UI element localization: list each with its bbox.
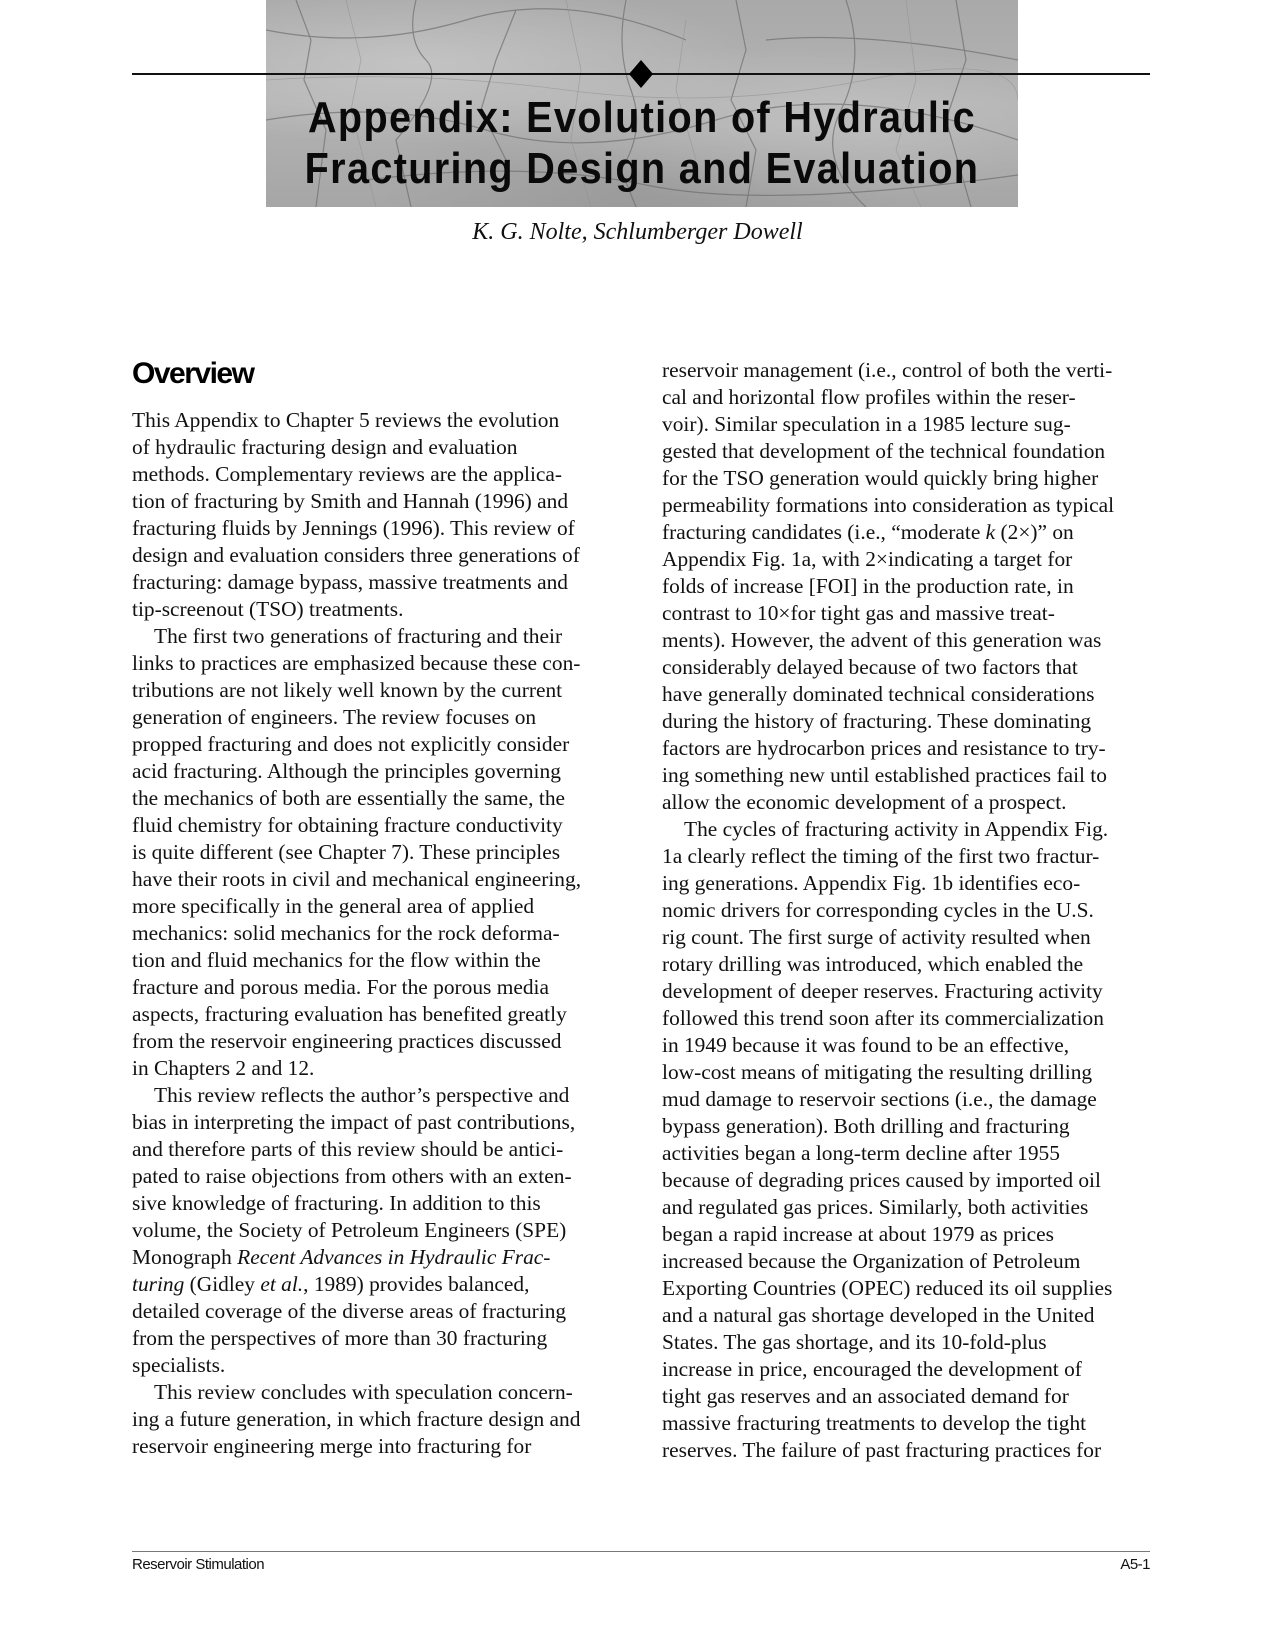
- text-line: during the history of fracturing. These …: [662, 708, 1152, 735]
- text-run: allow the economic development of a pros…: [662, 790, 1067, 814]
- text-line: rotary drilling was introduced, which en…: [662, 951, 1152, 978]
- text-line: fracturing candidates (i.e., “moderate k…: [662, 519, 1152, 546]
- text-run: pated to raise objections from others wi…: [132, 1164, 572, 1188]
- text-line: ing generations. Appendix Fig. 1b identi…: [662, 870, 1152, 897]
- text-line: from the reservoir engineering practices…: [132, 1028, 612, 1055]
- text-line: 1a clearly reflect the timing of the fir…: [662, 843, 1152, 870]
- text-run: voir). Similar speculation in a 1985 lec…: [662, 412, 1071, 436]
- text-line: allow the economic development of a pros…: [662, 789, 1152, 816]
- text-run: during the history of fracturing. These …: [662, 709, 1091, 733]
- text-line: for the TSO generation would quickly bri…: [662, 465, 1152, 492]
- text-run: followed this trend soon after its comme…: [662, 1006, 1104, 1030]
- text-line: ing something new until established prac…: [662, 762, 1152, 789]
- text-run: tip-screenout (TSO) treatments.: [132, 597, 403, 621]
- text-run: , 1989) provides balanced,: [303, 1272, 529, 1296]
- text-line: tion of fracturing by Smith and Hannah (…: [132, 488, 612, 515]
- text-run: considerably delayed because of two fact…: [662, 655, 1078, 679]
- text-run: acid fracturing. Although the principles…: [132, 759, 561, 783]
- text-run: tion and fluid mechanics for the flow wi…: [132, 948, 541, 972]
- text-run: fracturing fluids by Jennings (1996). Th…: [132, 516, 575, 540]
- text-run: contrast to 10×for tight gas and massive…: [662, 601, 1055, 625]
- text-line: reservoir engineering merge into fractur…: [132, 1433, 612, 1460]
- text-line: Appendix Fig. 1a, with 2×indicating a ta…: [662, 546, 1152, 573]
- text-run: massive fracturing treatments to develop…: [662, 1411, 1086, 1435]
- text-run: (2×)” on: [995, 520, 1074, 544]
- italic-text: turing: [132, 1272, 184, 1296]
- text-run: mechanics: solid mechanics for the rock …: [132, 921, 560, 945]
- text-run: bias in interpreting the impact of past …: [132, 1110, 575, 1134]
- text-run: tion of fracturing by Smith and Hannah (…: [132, 489, 568, 513]
- text-line: turing (Gidley et al., 1989) provides ba…: [132, 1271, 612, 1298]
- text-line: of hydraulic fracturing design and evalu…: [132, 434, 612, 461]
- text-line: and regulated gas prices. Similarly, bot…: [662, 1194, 1152, 1221]
- italic-text: Recent Advances in Hydraulic Frac-: [237, 1245, 550, 1269]
- text-line: links to practices are emphasized becaus…: [132, 650, 612, 677]
- text-run: sive knowledge of fracturing. In additio…: [132, 1191, 541, 1215]
- text-run: from the perspectives of more than 30 fr…: [132, 1326, 547, 1350]
- title-line-1: Appendix: Evolution of Hydraulic: [304, 92, 981, 143]
- text-run: Exporting Countries (OPEC) reduced its o…: [662, 1276, 1112, 1300]
- text-line: bias in interpreting the impact of past …: [132, 1109, 612, 1136]
- author-byline: K. G. Nolte, Schlumberger Dowell: [0, 219, 1275, 246]
- text-run: permeability formations into considerati…: [662, 493, 1114, 517]
- text-line: fluid chemistry for obtaining fracture c…: [132, 812, 612, 839]
- text-run: the mechanics of both are essentially th…: [132, 786, 565, 810]
- text-run: generation of engineers. The review focu…: [132, 705, 536, 729]
- text-line: more specifically in the general area of…: [132, 893, 612, 920]
- text-run: This Appendix to Chapter 5 reviews the e…: [132, 408, 559, 432]
- text-line: sive knowledge of fracturing. In additio…: [132, 1190, 612, 1217]
- text-line: fracture and porous media. For the porou…: [132, 974, 612, 1001]
- text-line: have generally dominated technical consi…: [662, 681, 1152, 708]
- title-line-2: Fracturing Design and Evaluation: [304, 143, 981, 194]
- text-line: design and evaluation considers three ge…: [132, 542, 612, 569]
- section-heading-overview: Overview: [132, 357, 253, 391]
- text-run: fracturing candidates (i.e., “moderate: [662, 520, 986, 544]
- text-run: propped fracturing and does not explicit…: [132, 732, 569, 756]
- text-run: in 1949 because it was found to be an ef…: [662, 1033, 1069, 1057]
- text-line: States. The gas shortage, and its 10-fol…: [662, 1329, 1152, 1356]
- text-run: folds of increase [FOI] in the productio…: [662, 574, 1074, 598]
- text-line: mechanics: solid mechanics for the rock …: [132, 920, 612, 947]
- text-line: mud damage to reservoir sections (i.e., …: [662, 1086, 1152, 1113]
- text-line: rig count. The first surge of activity r…: [662, 924, 1152, 951]
- text-line: considerably delayed because of two fact…: [662, 654, 1152, 681]
- text-run: is quite different (see Chapter 7). Thes…: [132, 840, 560, 864]
- text-line: ments). However, the advent of this gene…: [662, 627, 1152, 654]
- text-run: ing a future generation, in which fractu…: [132, 1407, 580, 1431]
- text-line: gested that development of the technical…: [662, 438, 1152, 465]
- text-run: tributions are not likely well known by …: [132, 678, 562, 702]
- text-line: and therefore parts of this review shoul…: [132, 1136, 612, 1163]
- diamond-ornament-icon: [629, 60, 653, 88]
- text-line: bypass generation). Both drilling and fr…: [662, 1113, 1152, 1140]
- text-line: permeability formations into considerati…: [662, 492, 1152, 519]
- text-run: tight gas reserves and an associated dem…: [662, 1384, 1069, 1408]
- text-line: followed this trend soon after its comme…: [662, 1005, 1152, 1032]
- text-run: activities began a long-term decline aft…: [662, 1141, 1060, 1165]
- text-run: This review concludes with speculation c…: [154, 1380, 573, 1404]
- text-run: reserves. The failure of past fracturing…: [662, 1438, 1101, 1462]
- text-run: Monograph: [132, 1245, 237, 1269]
- text-run: volume, the Society of Petroleum Enginee…: [132, 1218, 566, 1242]
- text-run: links to practices are emphasized becaus…: [132, 651, 580, 675]
- text-run: specialists.: [132, 1353, 225, 1377]
- text-line: the mechanics of both are essentially th…: [132, 785, 612, 812]
- text-run: increase in price, encouraged the develo…: [662, 1357, 1082, 1381]
- text-line: cal and horizontal flow profiles within …: [662, 384, 1152, 411]
- text-line: detailed coverage of the diverse areas o…: [132, 1298, 612, 1325]
- text-line: from the perspectives of more than 30 fr…: [132, 1325, 612, 1352]
- text-line: This review concludes with speculation c…: [132, 1379, 612, 1406]
- text-line: contrast to 10×for tight gas and massive…: [662, 600, 1152, 627]
- text-run: aspects, fracturing evaluation has benef…: [132, 1002, 567, 1026]
- text-run: (Gidley: [184, 1272, 260, 1296]
- text-line: nomic drivers for corresponding cycles i…: [662, 897, 1152, 924]
- text-run: gested that development of the technical…: [662, 439, 1105, 463]
- text-run: reservoir engineering merge into fractur…: [132, 1434, 531, 1458]
- text-run: factors are hydrocarbon prices and resis…: [662, 736, 1106, 760]
- text-run: nomic drivers for corresponding cycles i…: [662, 898, 1094, 922]
- text-line: massive fracturing treatments to develop…: [662, 1410, 1152, 1437]
- text-run: began a rapid increase at about 1979 as …: [662, 1222, 1054, 1246]
- text-run: ing generations. Appendix Fig. 1b identi…: [662, 871, 1080, 895]
- text-run: The cycles of fracturing activity in App…: [684, 817, 1108, 841]
- text-line: in 1949 because it was found to be an ef…: [662, 1032, 1152, 1059]
- text-run: because of degrading prices caused by im…: [662, 1168, 1101, 1192]
- text-line: reservoir management (i.e., control of b…: [662, 357, 1152, 384]
- text-run: rotary drilling was introduced, which en…: [662, 952, 1083, 976]
- text-line: activities began a long-term decline aft…: [662, 1140, 1152, 1167]
- text-line: and a natural gas shortage developed in …: [662, 1302, 1152, 1329]
- text-line: methods. Complementary reviews are the a…: [132, 461, 612, 488]
- italic-text: k: [986, 520, 996, 544]
- page-title: Appendix: Evolution of Hydraulic Fractur…: [304, 92, 981, 194]
- text-line: tributions are not likely well known by …: [132, 677, 612, 704]
- text-run: rig count. The first surge of activity r…: [662, 925, 1091, 949]
- text-line: is quite different (see Chapter 7). Thes…: [132, 839, 612, 866]
- text-run: fracture and porous media. For the porou…: [132, 975, 549, 999]
- text-run: of hydraulic fracturing design and evalu…: [132, 435, 518, 459]
- text-line: Monograph Recent Advances in Hydraulic F…: [132, 1244, 612, 1271]
- text-line: volume, the Society of Petroleum Enginee…: [132, 1217, 612, 1244]
- text-run: and therefore parts of this review shoul…: [132, 1137, 563, 1161]
- text-line: tion and fluid mechanics for the flow wi…: [132, 947, 612, 974]
- text-run: and a natural gas shortage developed in …: [662, 1303, 1094, 1327]
- text-run: design and evaluation considers three ge…: [132, 543, 580, 567]
- text-line: increase in price, encouraged the develo…: [662, 1356, 1152, 1383]
- text-run: bypass generation). Both drilling and fr…: [662, 1114, 1070, 1138]
- text-run: and regulated gas prices. Similarly, bot…: [662, 1195, 1088, 1219]
- text-run: have generally dominated technical consi…: [662, 682, 1094, 706]
- footer-page-number: A5-1: [1120, 1556, 1150, 1573]
- text-line: tip-screenout (TSO) treatments.: [132, 596, 612, 623]
- text-run: ing something new until established prac…: [662, 763, 1107, 787]
- text-run: ments). However, the advent of this gene…: [662, 628, 1101, 652]
- text-line: in Chapters 2 and 12.: [132, 1055, 612, 1082]
- text-line: because of degrading prices caused by im…: [662, 1167, 1152, 1194]
- text-line: specialists.: [132, 1352, 612, 1379]
- right-column: reservoir management (i.e., control of b…: [662, 357, 1152, 1464]
- text-run: mud damage to reservoir sections (i.e., …: [662, 1087, 1097, 1111]
- text-run: methods. Complementary reviews are the a…: [132, 462, 562, 486]
- text-line: aspects, fracturing evaluation has benef…: [132, 1001, 612, 1028]
- text-run: detailed coverage of the diverse areas o…: [132, 1299, 566, 1323]
- text-line: reserves. The failure of past fracturing…: [662, 1437, 1152, 1464]
- text-run: The first two generations of fracturing …: [154, 624, 562, 648]
- text-line: have their roots in civil and mechanical…: [132, 866, 612, 893]
- left-column: This Appendix to Chapter 5 reviews the e…: [132, 407, 612, 1460]
- text-line: This review reflects the author’s perspe…: [132, 1082, 612, 1109]
- text-line: low-cost means of mitigating the resulti…: [662, 1059, 1152, 1086]
- text-line: propped fracturing and does not explicit…: [132, 731, 612, 758]
- text-run: Appendix Fig. 1a, with 2×indicating a ta…: [662, 547, 1072, 571]
- text-run: cal and horizontal flow profiles within …: [662, 385, 1076, 409]
- text-line: folds of increase [FOI] in the productio…: [662, 573, 1152, 600]
- text-run: fluid chemistry for obtaining fracture c…: [132, 813, 563, 837]
- text-run: increased because the Organization of Pe…: [662, 1249, 1080, 1273]
- text-run: development of deeper reserves. Fracturi…: [662, 979, 1103, 1003]
- text-run: States. The gas shortage, and its 10-fol…: [662, 1330, 1047, 1354]
- text-line: began a rapid increase at about 1979 as …: [662, 1221, 1152, 1248]
- text-line: ing a future generation, in which fractu…: [132, 1406, 612, 1433]
- text-run: in Chapters 2 and 12.: [132, 1056, 314, 1080]
- text-line: development of deeper reserves. Fracturi…: [662, 978, 1152, 1005]
- text-run: fracturing: damage bypass, massive treat…: [132, 570, 568, 594]
- text-run: low-cost means of mitigating the resulti…: [662, 1060, 1092, 1084]
- text-line: pated to raise objections from others wi…: [132, 1163, 612, 1190]
- text-line: fracturing: damage bypass, massive treat…: [132, 569, 612, 596]
- text-run: for the TSO generation would quickly bri…: [662, 466, 1098, 490]
- text-line: generation of engineers. The review focu…: [132, 704, 612, 731]
- text-run: have their roots in civil and mechanical…: [132, 867, 581, 891]
- footer-rule: [132, 1551, 1150, 1552]
- text-line: fracturing fluids by Jennings (1996). Th…: [132, 515, 612, 542]
- text-line: The cycles of fracturing activity in App…: [662, 816, 1152, 843]
- text-run: reservoir management (i.e., control of b…: [662, 358, 1112, 382]
- text-run: more specifically in the general area of…: [132, 894, 534, 918]
- text-line: The first two generations of fracturing …: [132, 623, 612, 650]
- text-run: This review reflects the author’s perspe…: [154, 1083, 569, 1107]
- text-line: Exporting Countries (OPEC) reduced its o…: [662, 1275, 1152, 1302]
- italic-text: et al.: [260, 1272, 303, 1296]
- text-line: increased because the Organization of Pe…: [662, 1248, 1152, 1275]
- text-line: voir). Similar speculation in a 1985 lec…: [662, 411, 1152, 438]
- text-line: This Appendix to Chapter 5 reviews the e…: [132, 407, 612, 434]
- text-run: 1a clearly reflect the timing of the fir…: [662, 844, 1099, 868]
- text-line: factors are hydrocarbon prices and resis…: [662, 735, 1152, 762]
- text-line: acid fracturing. Although the principles…: [132, 758, 612, 785]
- footer-book-title: Reservoir Stimulation: [132, 1556, 264, 1573]
- text-line: tight gas reserves and an associated dem…: [662, 1383, 1152, 1410]
- text-run: from the reservoir engineering practices…: [132, 1029, 561, 1053]
